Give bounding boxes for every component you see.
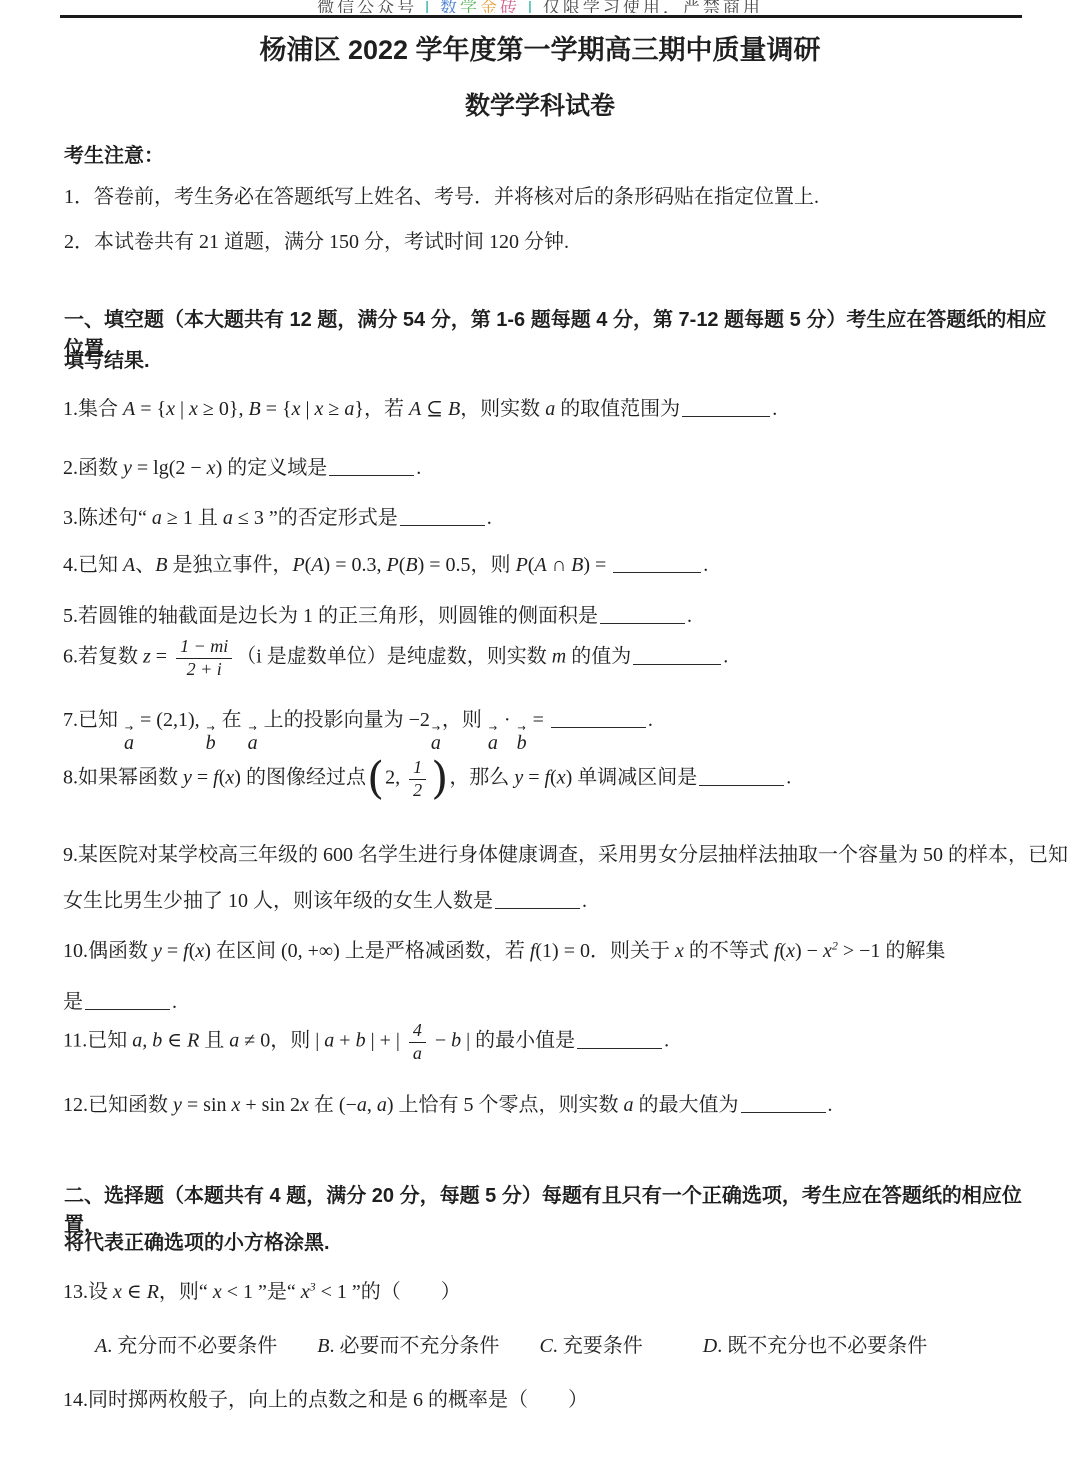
question-line-q9b: 女生比男生少抽了 10 人，则该年级的女生人数是. (63, 884, 1070, 913)
math-italic: x (213, 1281, 222, 1303)
text-run: ≥ (323, 398, 344, 420)
text-run: 10.偶函数 (63, 940, 153, 962)
answer-blank (633, 649, 721, 665)
text-run: = (192, 767, 213, 789)
text-run: . (582, 890, 587, 912)
math-italic: x (557, 767, 566, 789)
math-italic: A (409, 398, 421, 420)
math-italic: b (451, 1030, 461, 1052)
math-italic: x (113, 1281, 122, 1303)
question-line-q14: 14.同时掷两枚般子，向上的点数之和是 6 的概率是（ ） (63, 1383, 1070, 1412)
question-line-q9a: 9.某医院对某学校高三年级的 600 名学生进行身体健康调查，采用男女分层抽样法… (63, 838, 1070, 867)
text-run: }，若 (354, 398, 409, 420)
math-italic: b (356, 1030, 366, 1052)
text-run: 2, (385, 767, 405, 789)
text-run: 的不等式 (684, 940, 774, 962)
text-run: ，则 (442, 709, 487, 731)
text-run: 是 (63, 991, 83, 1013)
answer-blank (699, 770, 784, 786)
math-italic: P (292, 554, 304, 576)
math-italic: B (317, 1335, 329, 1357)
math-italic: a (545, 398, 555, 420)
text-run: . 充要条件 (553, 1335, 703, 1357)
watermark-segment: 微信公众号 (317, 0, 417, 13)
text-run: ) 上恰有 5 个零点，则实数 (387, 1094, 624, 1116)
text-run: . 充分而不必要条件 (107, 1335, 317, 1357)
text-run: （i 是虚数单位）是纯虚数，则实数 (236, 646, 552, 668)
text-run: 在 (217, 709, 247, 731)
text-run: ，那么 (449, 767, 514, 789)
text-run: ) 的图像经过点 (234, 767, 366, 789)
big-paren: ) (431, 753, 448, 804)
text-run: ) = 0.3, (324, 554, 387, 576)
answer-blank (551, 712, 646, 728)
math-italic: y (123, 457, 132, 479)
watermark-strip: 微信公众号 | 数学金砖 | 仅限学习使用，严禁商用 (0, 0, 1080, 13)
text-run: 女生比男生少抽了 10 人，则该年级的女生人数是 (63, 890, 493, 912)
math-italic: B (571, 554, 583, 576)
watermark-segment: | (417, 0, 440, 13)
math-italic: P (387, 554, 399, 576)
math-italic: A (534, 554, 546, 576)
text-run: ) = 0.5，则 (418, 554, 516, 576)
text-run: = lg(2 − (132, 457, 207, 479)
fraction: 12 (409, 757, 426, 801)
fraction: 4a (409, 1020, 426, 1064)
text-run: ≥ 1 且 (162, 507, 223, 529)
text-run: · (499, 709, 516, 731)
question-line-q5: 5.若圆锥的轴截面是边长为 1 的正三角形，则圆锥的侧面积是. (63, 599, 1070, 628)
text-run: 12.已知函数 (63, 1094, 173, 1116)
math-italic: P (516, 554, 528, 576)
exam-title: 杨浦区 2022 学年度第一学期高三期中质量调研 (0, 28, 1080, 67)
math-italic: a (229, 1030, 239, 1052)
text-run: ∈ (122, 1281, 147, 1303)
text-run: 14.同时掷两枚般子，向上的点数之和是 6 的概率是（ ） (63, 1389, 588, 1411)
text-run: = (162, 940, 183, 962)
text-run: = { (261, 398, 292, 420)
text-run: ，则实数 (460, 398, 545, 420)
math-italic: y (153, 940, 162, 962)
math-italic: C (539, 1335, 552, 1357)
math-italic: z (143, 646, 151, 668)
question-line-q12: 12.已知函数 y = sin x + sin 2x 在 (−a, a) 上恰有… (63, 1088, 1070, 1117)
vector: →b (206, 724, 216, 753)
answer-blank (613, 557, 701, 573)
text-run: . (664, 1030, 669, 1052)
math-italic: A (123, 398, 135, 420)
question-line-q10a: 10.偶函数 y = f(x) 在区间 (0, +∞) 上是严格减函数，若 f(… (63, 934, 1070, 963)
text-run: 的最大值为 (634, 1094, 739, 1116)
math-italic: x (301, 1281, 310, 1303)
text-run: 、 (135, 554, 155, 576)
text-run: + (334, 1030, 355, 1052)
answer-blank (577, 1033, 662, 1049)
watermark-segment: | (520, 0, 543, 13)
math-italic: y (183, 767, 192, 789)
text-run: ) − (795, 940, 823, 962)
text-run: 是独立事件， (167, 554, 292, 576)
text-run: − (430, 1030, 451, 1052)
text-run: . 必要而不充分条件 (329, 1335, 539, 1357)
notice-item-1: 1．答卷前，考生务必在答题纸写上姓名、考号．并将核对后的条形码贴在指定位置上. (64, 180, 819, 209)
question-line-q7: 7.已知 →a = (2,1), →b 在 →a 上的投影向量为 −2→a，则 … (63, 703, 1070, 753)
math-italic: a (324, 1030, 334, 1052)
text-run: | + | (366, 1030, 405, 1052)
exam-page: 微信公众号 | 数学金砖 | 仅限学习使用，严禁商用 杨浦区 2022 学年度第… (0, 0, 1080, 1471)
math-italic: a (344, 398, 354, 420)
text-run: + sin 2 (240, 1094, 300, 1116)
question-line-q4: 4.已知 A、B 是独立事件，P(A) = 0.3, P(B) = 0.5，则 … (63, 548, 1070, 577)
text-run: = { (135, 398, 166, 420)
math-italic: a (152, 507, 162, 529)
math-italic: A (123, 554, 135, 576)
answer-blank (400, 510, 485, 526)
answer-blank (600, 608, 685, 624)
text-run: ) 在区间 (0, +∞) 上是严格减函数，若 (204, 940, 530, 962)
text-run: ⊆ (421, 398, 448, 420)
answer-blank (495, 893, 580, 909)
notice-heading: 考生注意： (64, 139, 164, 168)
text-run: . (828, 1094, 833, 1116)
text-run: > −1 的解集 (838, 940, 946, 962)
watermark-text: 微信公众号 | 数学金砖 | 仅限学习使用，严禁商用 (317, 0, 763, 13)
math-italic: B (448, 398, 460, 420)
math-italic: x (207, 457, 216, 479)
text-run: 5.若圆锥的轴截面是边长为 1 的正三角形，则圆锥的侧面积是 (63, 605, 598, 627)
text-run: . (723, 646, 728, 668)
math-italic: A (311, 554, 323, 576)
question-line-q1: 1.集合 A = {x | x ≥ 0}, B = {x | x ≥ a}，若 … (63, 392, 1070, 421)
watermark-segment: 数 (440, 0, 460, 13)
text-run: ≤ 3 ”的否定形式是 (233, 507, 398, 529)
text-run: ∩ (547, 554, 571, 576)
text-run: ) = (583, 554, 611, 576)
math-italic: a (223, 507, 233, 529)
text-run: ≠ 0，则 | (239, 1030, 324, 1052)
text-run: 4.已知 (63, 554, 123, 576)
text-run: ，则“ (159, 1281, 213, 1303)
watermark-segment: 金 (480, 0, 500, 13)
text-run: ∈ (162, 1030, 187, 1052)
text-run: 7.已知 (63, 709, 123, 731)
math-italic: B (155, 554, 167, 576)
math-italic: x (786, 940, 795, 962)
math-italic: x (225, 767, 234, 789)
header-divider (60, 15, 1022, 18)
big-paren: ( (367, 753, 384, 804)
watermark-segment: 砖 (500, 0, 520, 13)
question-line-q8: 8.如果幂函数 y = f(x) 的图像经过点(2, 12)，那么 y = f(… (63, 757, 1070, 801)
math-italic: y (173, 1094, 182, 1116)
math-italic: A (95, 1335, 107, 1357)
answer-blank (329, 460, 414, 476)
text-run: . (687, 605, 692, 627)
question-line-q2: 2.函数 y = lg(2 − x) 的定义域是. (63, 451, 1070, 480)
watermark-segment: 仅限学习使用，严禁商用 (543, 0, 763, 13)
text-run: . (487, 507, 492, 529)
math-italic: m (552, 646, 566, 668)
text-run: . (703, 554, 708, 576)
text-run: | 的最小值是 (461, 1030, 575, 1052)
math-italic: B (405, 554, 417, 576)
text-run: | (175, 398, 189, 420)
section2-header-line2: 将代表正确选项的小方格涂黑. (64, 1226, 1050, 1255)
watermark-segment: 学 (460, 0, 480, 13)
text-run: = (523, 767, 544, 789)
vector: →a (488, 724, 498, 753)
exam-subtitle: 数学学科试卷 (0, 86, 1080, 122)
answer-blank (682, 401, 770, 417)
text-run: . (172, 991, 177, 1013)
text-run: 1.集合 (63, 398, 123, 420)
math-italic: y (514, 767, 523, 789)
text-run: 13.设 (63, 1281, 113, 1303)
text-run: . (772, 398, 777, 420)
math-italic: x (189, 398, 198, 420)
question-line-q11: 11.已知 a, b ∈ R 且 a ≠ 0，则 | a + b | + | 4… (63, 1020, 1070, 1064)
math-italic: R (147, 1281, 159, 1303)
question-line-q6: 6.若复数 z = 1 − mi2 + i（i 是虚数单位）是纯虚数，则实数 m… (63, 636, 1070, 680)
text-run: 且 (199, 1030, 229, 1052)
text-run: , (367, 1094, 377, 1116)
vector: →a (124, 724, 134, 753)
text-run: = (2,1), (135, 709, 205, 731)
text-run: ) 的定义域是 (216, 457, 328, 479)
question-line-q3: 3.陈述句“ a ≥ 1 且 a ≤ 3 ”的否定形式是. (63, 501, 1070, 530)
text-run: = sin (182, 1094, 232, 1116)
text-run: 3.陈述句“ (63, 507, 152, 529)
text-run: 8.如果幂函数 (63, 767, 183, 789)
text-run: . 既不充分也不必要条件 (717, 1335, 927, 1357)
answer-blank (85, 994, 170, 1010)
math-italic: a, b (132, 1030, 162, 1052)
text-run: = (528, 709, 549, 731)
vector: →a (248, 724, 258, 753)
notice-item-2: 2．本试卷共有 21 道题，满分 150 分，考试时间 120 分钟. (64, 225, 569, 254)
text-run: 的值为 (566, 646, 631, 668)
math-italic: B (248, 398, 260, 420)
text-run: 11.已知 (63, 1030, 132, 1052)
math-italic: x (675, 940, 684, 962)
math-italic: x (166, 398, 175, 420)
question-line-q13: 13.设 x ∈ R，则“ x < 1 ”是“ x3 < 1 ”的（ ） (63, 1275, 1070, 1304)
math-italic: a (624, 1094, 634, 1116)
text-run: | (300, 398, 314, 420)
section1-header-line2: 填写结果. (64, 344, 1050, 373)
question-line-q13o: A. 充分而不必要条件 B. 必要而不充分条件 C. 充要条件 D. 既不充分也… (95, 1329, 1070, 1358)
math-italic: a (377, 1094, 387, 1116)
text-run: ( (550, 767, 557, 789)
text-run: < 1 ”是“ (222, 1281, 301, 1303)
text-run: < 1 ”的（ ） (316, 1281, 461, 1303)
text-run: 上的投影向量为 −2 (259, 709, 430, 731)
text-run: 2.函数 (63, 457, 123, 479)
fraction: 1 − mi2 + i (176, 636, 232, 680)
text-run: (1) = 0．则关于 (535, 940, 675, 962)
text-run: . (648, 709, 653, 731)
vector: →a (431, 724, 441, 753)
text-run: ) 单调减区间是 (566, 767, 698, 789)
text-run: 在 (− (309, 1094, 357, 1116)
text-run: 6.若复数 (63, 646, 143, 668)
math-italic: x (823, 940, 832, 962)
math-italic: x (195, 940, 204, 962)
math-italic: D (703, 1335, 717, 1357)
text-run: . (416, 457, 421, 479)
math-italic: x (300, 1094, 309, 1116)
answer-blank (741, 1097, 826, 1113)
text-run: = (151, 646, 172, 668)
text-run: ≥ 0}, (198, 398, 249, 420)
vector: →b (517, 724, 527, 753)
question-line-q10b: 是. (63, 985, 1070, 1014)
math-italic: a (357, 1094, 367, 1116)
math-italic: R (187, 1030, 199, 1052)
text-run: 9.某医院对某学校高三年级的 600 名学生进行身体健康调查，采用男女分层抽样法… (63, 844, 1068, 866)
text-run: . (786, 767, 791, 789)
text-run: 的取值范围为 (555, 398, 680, 420)
